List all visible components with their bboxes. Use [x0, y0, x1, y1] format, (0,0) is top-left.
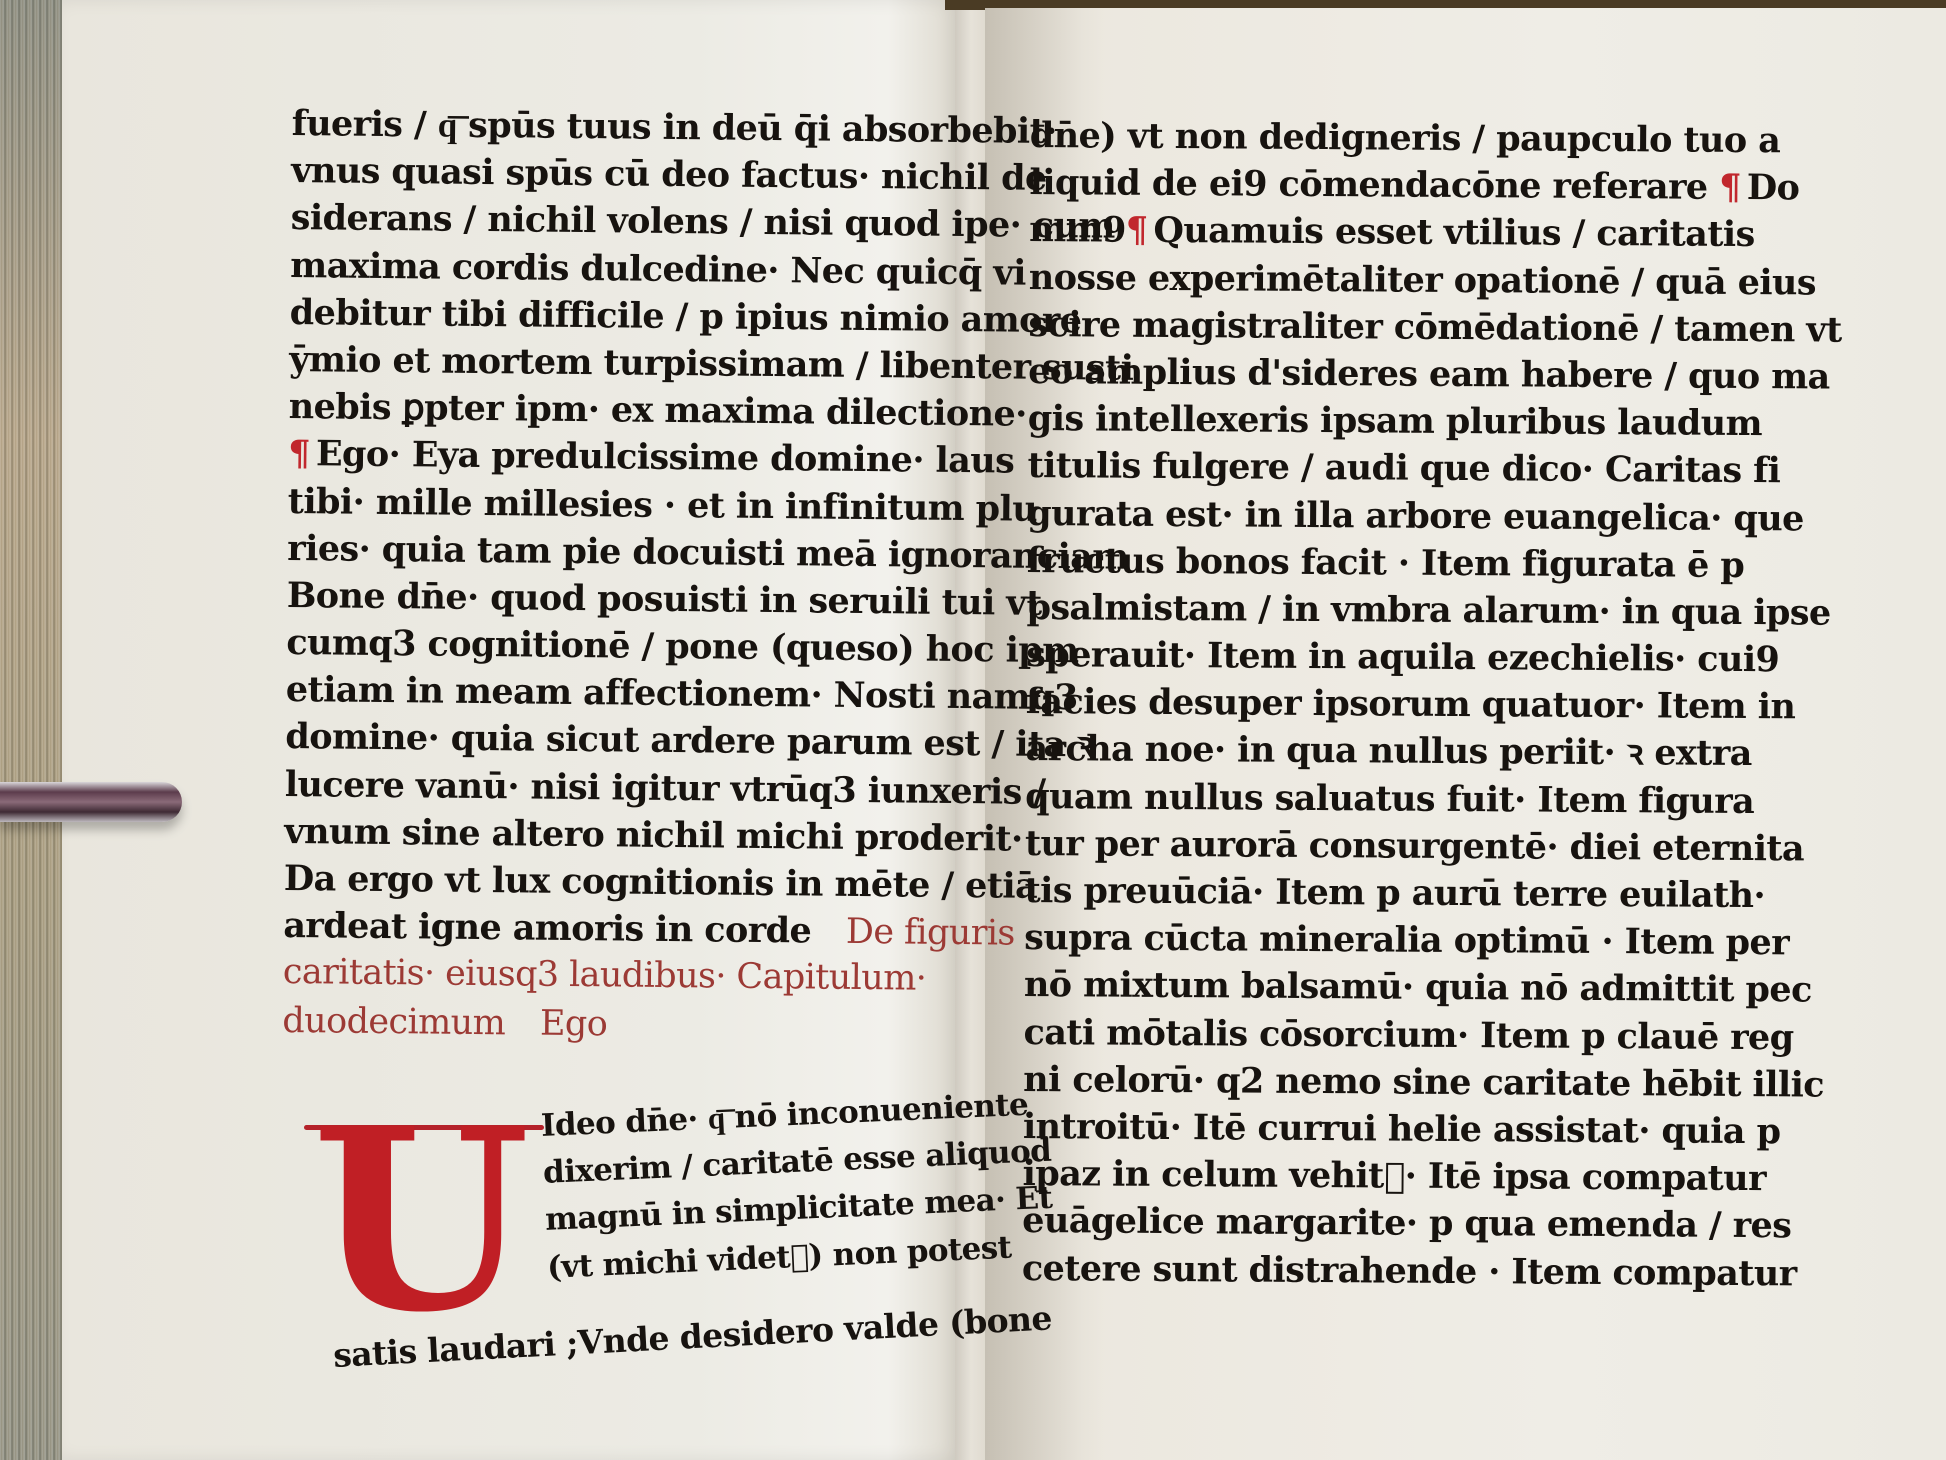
- metal-bookmark: [0, 782, 182, 822]
- text-line-with-rubric: mm9¶Quamuis esset vtilius / caritatis: [1029, 206, 1843, 259]
- chapter-heading-rubric: De figuris: [846, 912, 1015, 954]
- left-page-text: fueris / q͞ spūs tuus in deū q̄i absorbe…: [282, 100, 1136, 1053]
- text-line: ries· quia tam pie docuisti meā ignoranc…: [287, 525, 1132, 581]
- text-line: sperauit· Item in aquila ezechielis· cui…: [1026, 631, 1840, 684]
- pilcrow-mark-icon: ¶: [1126, 210, 1148, 251]
- text-line: tur per aurorā consurgentē· diei eternit…: [1025, 820, 1839, 873]
- text-line: tibi· mille millesies · et in infinitum …: [288, 477, 1133, 533]
- text-line: siderans / nichil volens / nisi quod ipe…: [291, 194, 1136, 250]
- text-line-with-rubric: liquid de ei9 cōmendacōne referare ¶Do: [1029, 159, 1843, 212]
- text-line: nō mixtum balsamū· quia nō admittit pec: [1024, 961, 1838, 1014]
- text-line: psalmistam / in vmbra alarum· in qua ips…: [1026, 584, 1840, 637]
- text-line: tis preuūciā· Item p aurū terre euilath·: [1024, 867, 1838, 920]
- text-line: cati mōtalis cōsorcium· Item p clauē reg: [1023, 1009, 1837, 1062]
- text-line: scire magistraliter cōmēdationē / tamen …: [1028, 301, 1842, 354]
- text-line: euāgelice margarite· p qua emenda / res: [1022, 1197, 1836, 1250]
- text-line: gis intellexeris ipsam pluribus laudum: [1028, 395, 1842, 448]
- text-line: supra cūcta mineralia optimū · Item per: [1024, 914, 1838, 967]
- text-line: dn̄e) vt non dedigneris / paupculo tuo a: [1030, 112, 1844, 165]
- text-line: lucere vanū· nisi igitur vtrūq3 iunxeris…: [285, 761, 1130, 817]
- text-line: ipaz in celum vehit᷑· Itē ipsa compatur: [1022, 1150, 1836, 1203]
- text-line: eo amplius d'sideres eam habere / quo ma: [1028, 348, 1842, 401]
- pilcrow-mark-icon: ¶: [1719, 167, 1741, 208]
- initial-capital-u: U: [312, 1120, 542, 1330]
- text-line: titulis fulgere / audi que dico· Caritas…: [1027, 442, 1841, 495]
- text-line: nosse experimētaliter opationē / quā eiu…: [1029, 254, 1843, 307]
- text-line: domine· quia sicut ardere parum est / it…: [285, 713, 1130, 769]
- text-line: archa noe· in qua nullus periit· ꝛ extra: [1025, 725, 1839, 778]
- text-line: liquid de ei9 cōmendacōne referare: [1029, 162, 1707, 208]
- text-line: gurata est· in illa arbore euangelica· q…: [1027, 489, 1841, 542]
- text-line: Ego· Eya predulcissime domine· laus: [316, 434, 1015, 482]
- pilcrow-mark-icon: ¶: [288, 433, 310, 474]
- right-page-text: dn̄e) vt non dedigneris / paupculo tuo a…: [1022, 112, 1843, 1297]
- text-line: maxima cordis dulcedine· Nec quicq̄ vi: [290, 242, 1135, 298]
- text-line: ni celorū· q2 nemo sine caritate hēbit i…: [1023, 1056, 1837, 1109]
- text-line: ardeat igne amoris in corde: [283, 905, 811, 952]
- chapter-heading-rubric: caritatis· eiusq3 laudibus· Capitulum·: [283, 949, 1128, 1005]
- speaker-rubric: Ego: [540, 1003, 608, 1044]
- text-line: introitū· Itē currui helie assistat· qui…: [1023, 1103, 1837, 1156]
- text-line: mm9: [1029, 209, 1126, 251]
- chapter-number-rubric: duodecimum: [282, 1001, 505, 1043]
- text-line: satis laudari: [332, 1324, 556, 1375]
- text-fragment: Do: [1747, 167, 1800, 208]
- text-fragment: Quamuis esset vtilius / caritatis: [1153, 210, 1754, 255]
- text-beside-initial: Ideo dn̄e· q͞ nō inconueniente dixerim /…: [540, 1080, 1056, 1291]
- text-line: cetere sunt distrahende · Item compatur: [1022, 1244, 1836, 1297]
- text-line: quam nullus saluatus fuit· Item figura: [1025, 773, 1839, 826]
- text-line: fructus bonos facit · Item figurata ē p: [1027, 537, 1841, 590]
- chapter-heading-line: duodecimum Ego: [282, 997, 1127, 1053]
- paragraph-line: ¶Ego· Eya predulcissime domine· laus: [288, 430, 1133, 486]
- text-line: facies desuper ipsorum quatuor· Item in: [1026, 678, 1840, 731]
